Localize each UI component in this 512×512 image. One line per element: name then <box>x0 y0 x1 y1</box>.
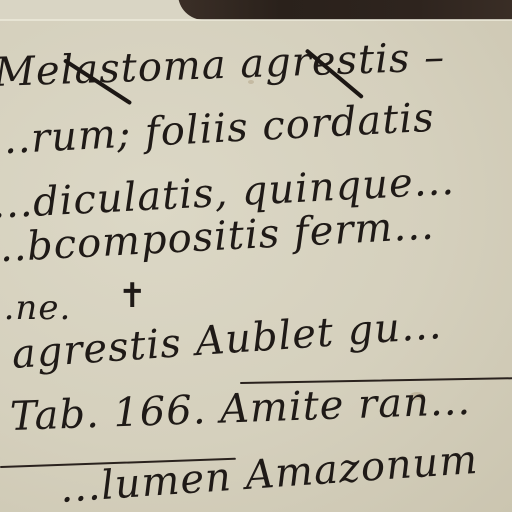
manuscript-line-2: ...rum; foliis cordatis <box>0 95 436 164</box>
manuscript-line-5: ...ne. <box>0 288 71 328</box>
dark-object-top <box>178 0 512 20</box>
manuscript-line-8: ...lumen Amazonum <box>58 437 479 512</box>
cross-mark: ✝ <box>118 276 148 316</box>
manuscript-line-7: Tab. 166. Amite ran... <box>9 378 472 440</box>
manuscript-line-1: Melastoma agrestis – <box>0 34 446 96</box>
manuscript-page: Melastoma agrestis – ...rum; foliis cord… <box>0 0 512 512</box>
paper-edge <box>0 19 512 21</box>
manuscript-line-6: agrestis Aublet gu... <box>10 302 443 378</box>
